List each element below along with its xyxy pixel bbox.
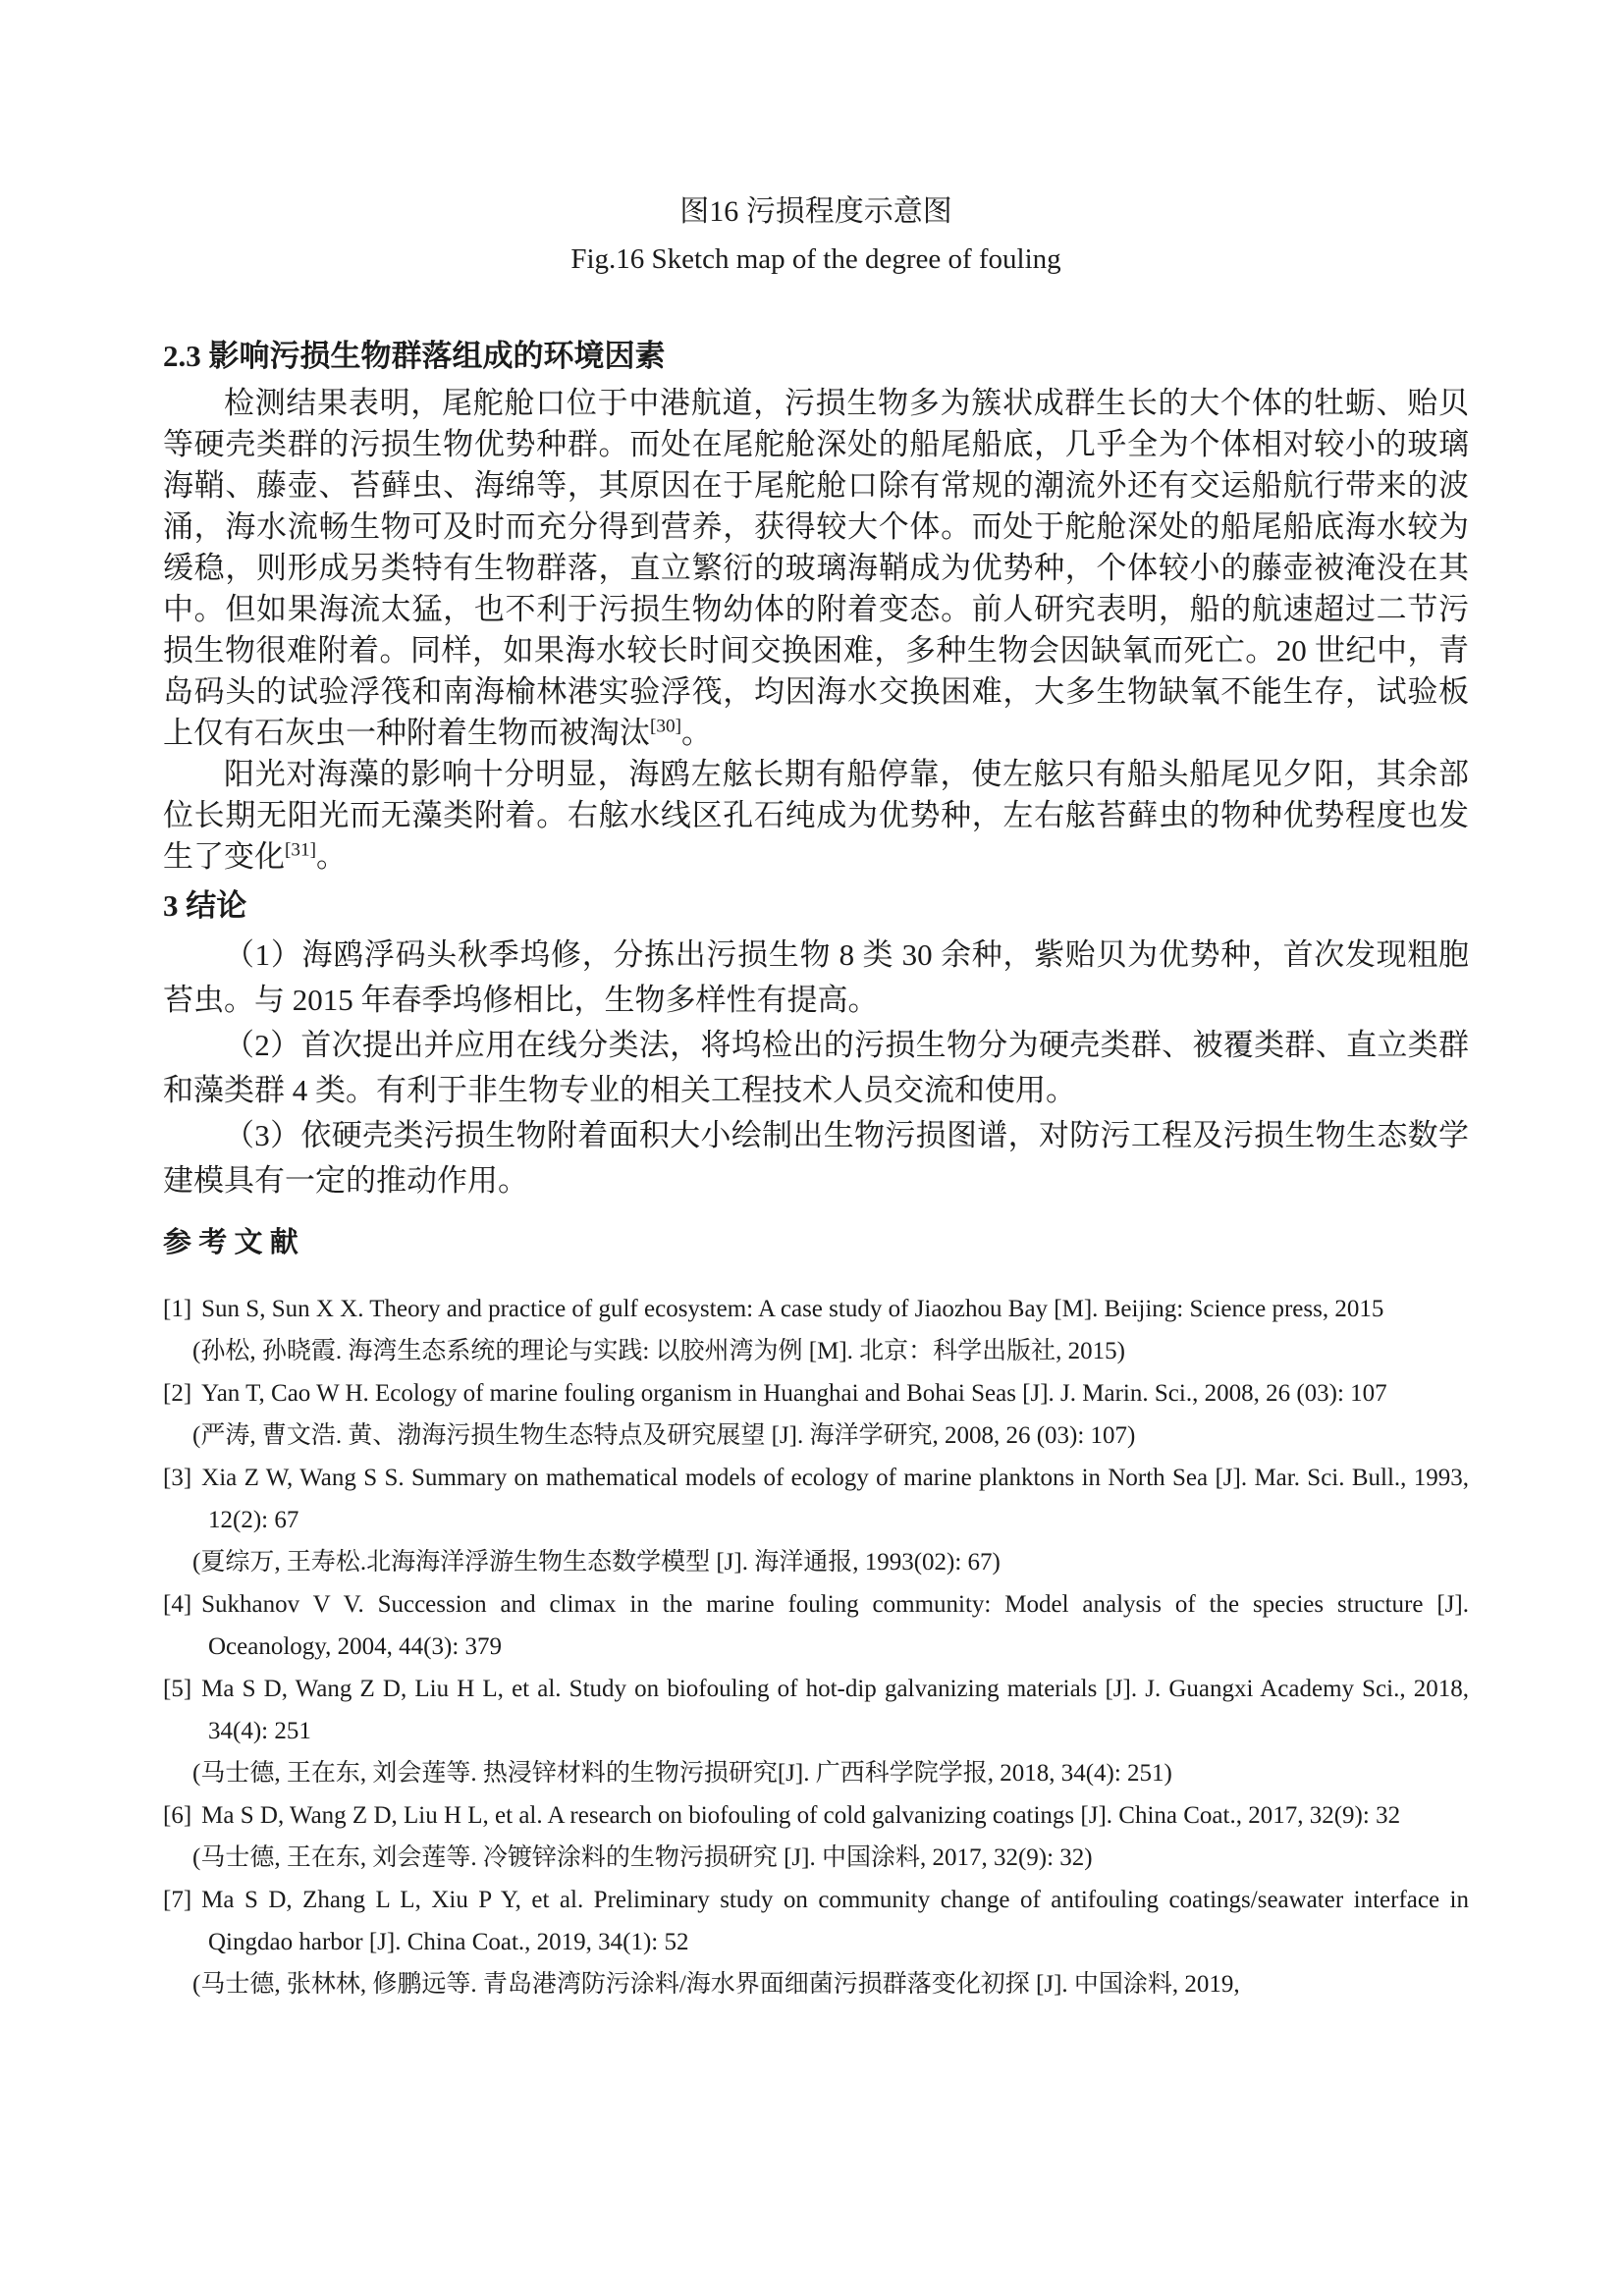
section-2-3-heading: 2.3 影响污损生物群落组成的环境因素 <box>163 334 1469 379</box>
reference-chinese: (马士德, 张林林, 修鹏远等. 青岛港湾防污涂料/海水界面细菌污损群落变化初探… <box>192 1963 1469 2005</box>
conclusion-item-3: （3）依硬壳类污损生物附着面积大小绘制出生物污损图谱，对防污工程及污损生物生态数… <box>163 1113 1469 1203</box>
reference-english: Sukhanov V V. Succession and climax in t… <box>201 1591 1469 1660</box>
reference-english: Sun S, Sun X X. Theory and practice of g… <box>201 1296 1383 1322</box>
reference-chinese: (夏综万, 王寿松.北海海洋浮游生物生态数学模型 [J]. 海洋通报, 1993… <box>192 1541 1469 1583</box>
conclusion-item-2: （2）首次提出并应用在线分类法，将坞检出的污损生物分为硬壳类群、被覆类群、直立类… <box>163 1023 1469 1113</box>
reference-chinese: (孙松, 孙晓霞. 海湾生态系统的理论与实践: 以胶州湾为例 [M]. 北京：科… <box>192 1330 1469 1372</box>
reference-english: Yan T, Cao W H. Ecology of marine foulin… <box>201 1380 1387 1407</box>
conclusion-item-1: （1）海鸥浮码头秋季坞修，分拣出污损生物 8 类 30 余种，紫贻贝为优势种，首… <box>163 933 1469 1023</box>
reference-item-4: [4]Sukhanov V V. Succession and climax i… <box>163 1583 1469 1668</box>
reference-label: [5] <box>163 1676 191 1702</box>
reference-chinese: (严涛, 曹文浩. 黄、渤海污损生物生态特点及研究展望 [J]. 海洋学研究, … <box>192 1415 1469 1457</box>
figure-caption-en: Fig.16 Sketch map of the degree of fouli… <box>163 236 1469 283</box>
figure-caption-zh: 图16 污损程度示意图 <box>163 188 1469 236</box>
reference-chinese: (马士德, 王在东, 刘会莲等. 冷镀锌涂料的生物污损研究 [J]. 中国涂料,… <box>192 1837 1469 1879</box>
paragraph-env-factors-2: 阳光对海藻的影响十分明显，海鸥左舷长期有船停靠，使左舷只有船头船尾见夕阳，其余部… <box>163 754 1469 878</box>
paper-page: 图16 污损程度示意图 Fig.16 Sketch map of the deg… <box>0 0 1624 2296</box>
reference-label: [7] <box>163 1887 191 1913</box>
paragraph-env-factors-1: 检测结果表明，尾舵舱口位于中港航道，污损生物多为簇状成群生长的大个体的牡蛎、贻贝… <box>163 383 1469 754</box>
reference-english: Ma S D, Zhang L L, Xiu P Y, et al. Preli… <box>201 1887 1469 1955</box>
paragraph-text: 检测结果表明，尾舵舱口位于中港航道，污损生物多为簇状成群生长的大个体的牡蛎、贻贝… <box>163 386 1469 750</box>
reference-label: [1] <box>163 1296 191 1322</box>
paragraph-period: 。 <box>681 716 712 750</box>
reference-item-5: [5]Ma S D, Wang Z D, Liu H L, et al. Stu… <box>163 1668 1469 1794</box>
references-heading: 参 考 文 献 <box>163 1223 1469 1262</box>
reference-item-2: [2]Yan T, Cao W H. Ecology of marine fou… <box>163 1372 1469 1457</box>
paragraph-period: 。 <box>316 839 347 874</box>
reference-label: [4] <box>163 1591 191 1618</box>
reference-label: [6] <box>163 1802 191 1829</box>
citation-marker-31: [31] <box>285 840 316 861</box>
paragraph-text: 阳光对海藻的影响十分明显，海鸥左舷长期有船停靠，使左舷只有船头船尾见夕阳，其余部… <box>163 757 1469 874</box>
reference-item-3: [3]Xia Z W, Wang S S. Summary on mathema… <box>163 1457 1469 1583</box>
reference-english: Ma S D, Wang Z D, Liu H L, et al. Study … <box>201 1676 1469 1744</box>
reference-item-7: [7]Ma S D, Zhang L L, Xiu P Y, et al. Pr… <box>163 1879 1469 2005</box>
reference-english: Ma S D, Wang Z D, Liu H L, et al. A rese… <box>201 1802 1400 1829</box>
reference-chinese: (马士德, 王在东, 刘会莲等. 热浸锌材料的生物污损研究[J]. 广西科学院学… <box>192 1752 1469 1794</box>
citation-marker-30: [30] <box>650 717 681 737</box>
reference-label: [2] <box>163 1380 191 1407</box>
reference-english: Xia Z W, Wang S S. Summary on mathematic… <box>201 1465 1469 1533</box>
reference-item-6: [6]Ma S D, Wang Z D, Liu H L, et al. A r… <box>163 1794 1469 1879</box>
reference-item-1: [1]Sun S, Sun X X. Theory and practice o… <box>163 1288 1469 1372</box>
section-3-heading: 3 结论 <box>163 883 1469 929</box>
reference-label: [3] <box>163 1465 191 1491</box>
